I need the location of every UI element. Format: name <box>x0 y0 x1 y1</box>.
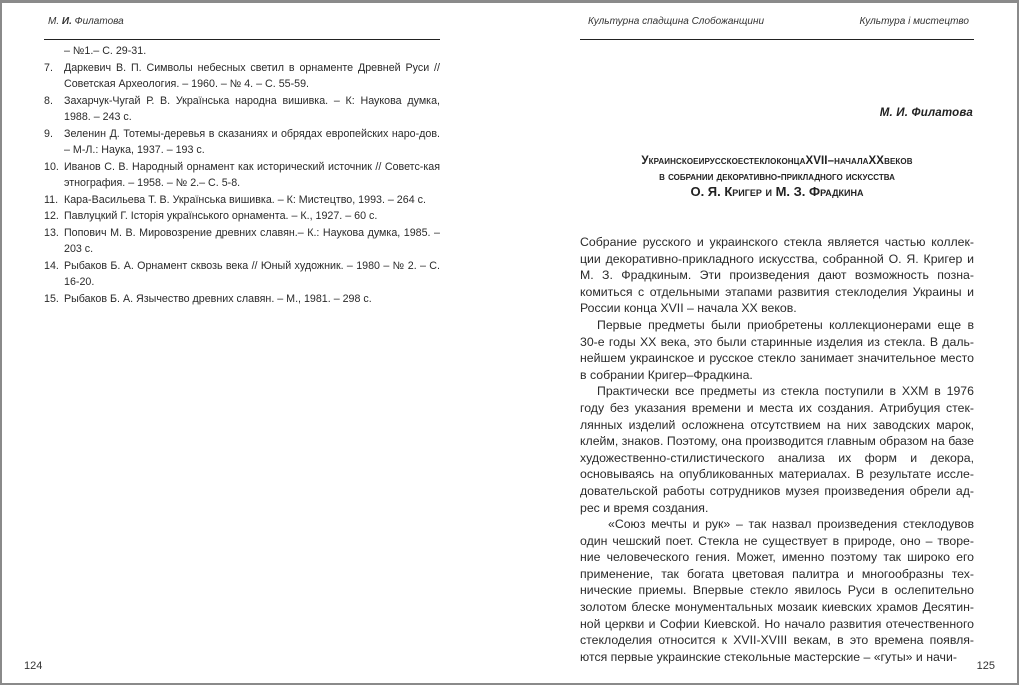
reference-number: 9. <box>44 126 53 143</box>
author-surname: Филатова <box>72 16 124 27</box>
reference-number: 8. <box>44 93 53 110</box>
paragraph: Первые предметы были приобретены коллекц… <box>580 317 974 383</box>
reference-text: Рыбаков Б. А. Язычество древних славян. … <box>64 293 372 305</box>
paragraph: «Союз мечты и рук» – так назвал произвед… <box>580 516 974 665</box>
right-page: Культурна спадщина Слобожанщини Культура… <box>511 3 1019 685</box>
reference-text: Павлуцкий Г. Історія українського орнаме… <box>64 210 377 222</box>
reference-item: 13.Попович М. В. Мировозрение древних сл… <box>44 225 440 258</box>
reference-number: 11. <box>44 192 58 209</box>
reference-text: Кара-Васильева Т. В. Українська вишивка.… <box>64 194 426 206</box>
reference-text: Зеленин Д. Тотемы-деревья в сказаниях и … <box>64 128 440 157</box>
header-rule <box>44 39 440 40</box>
article-body: Собрание русского и украинского стекла я… <box>580 234 974 665</box>
title-line-3: О. Я. Кригер и М. З. Фрадкина <box>573 184 981 200</box>
running-head-section: Культура і мистецтво <box>860 16 970 27</box>
page-number-left: 124 <box>24 660 42 672</box>
page-number-right: 125 <box>977 660 995 672</box>
title-line-2: в собрании декоративно-прикладного искус… <box>573 170 981 185</box>
reference-item: 11.Кара-Васильева Т. В. Українська вишив… <box>44 192 440 209</box>
reference-item: 7.Даркевич В. П. Символы небесных светил… <box>44 60 440 93</box>
reference-number: 10. <box>44 159 59 176</box>
author-initial-bold: И. <box>62 16 72 27</box>
reference-text: Рыбаков Б. А. Орнамент сквозь века // Юн… <box>64 260 440 289</box>
reference-text: Иванов С. В. Народный орнамент как истор… <box>64 161 440 190</box>
reference-number: 15. <box>44 291 59 308</box>
reference-continuation: – №1.– С. 29-31. <box>44 43 440 60</box>
title-line-1: УкраинскоеирусскоестеклоконцаXVII–начала… <box>573 154 981 170</box>
header-rule <box>580 39 974 40</box>
reference-item: 10.Иванов С. В. Народный орнамент как ис… <box>44 159 440 192</box>
reference-item: 14.Рыбаков Б. А. Орнамент сквозь века //… <box>44 258 440 291</box>
reference-item: 12.Павлуцкий Г. Історія українського орн… <box>44 208 440 225</box>
reference-item: 8.Захарчук-Чугай Р. В. Українська народн… <box>44 93 440 126</box>
article-author: М. И. Филатова <box>880 107 973 119</box>
reference-number: 12. <box>44 208 59 225</box>
article-title: УкраинскоеирусскоестеклоконцаXVII–начала… <box>573 154 981 200</box>
reference-item: 9.Зеленин Д. Тотемы-деревья в сказаниях … <box>44 126 440 159</box>
paragraph: Собрание русского и украинского стекла я… <box>580 234 974 317</box>
reference-item: 15.Рыбаков Б. А. Язычество древних славя… <box>44 291 440 308</box>
reference-number: 14. <box>44 258 59 275</box>
reference-text: Захарчук-Чугай Р. В. Українська народна … <box>64 95 440 124</box>
author-initial-first: М. <box>48 16 62 27</box>
reference-text: Попович М. В. Мировозрение древних славя… <box>64 227 440 256</box>
running-head-journal: Культурна спадщина Слобожанщини <box>588 16 764 27</box>
reference-list: – №1.– С. 29-31. 7.Даркевич В. П. Символ… <box>44 43 440 307</box>
reference-number: 7. <box>44 60 53 77</box>
reference-number: 13. <box>44 225 59 242</box>
reference-text: Даркевич В. П. Символы небесных светил в… <box>64 62 440 91</box>
paragraph: Практически все предметы из стекла посту… <box>580 383 974 516</box>
running-head-author: М. И. Филатова <box>48 16 124 27</box>
left-page: М. И. Филатова – №1.– С. 29-31. 7.Даркев… <box>2 3 511 685</box>
book-spread: М. И. Филатова – №1.– С. 29-31. 7.Даркев… <box>0 0 1019 685</box>
